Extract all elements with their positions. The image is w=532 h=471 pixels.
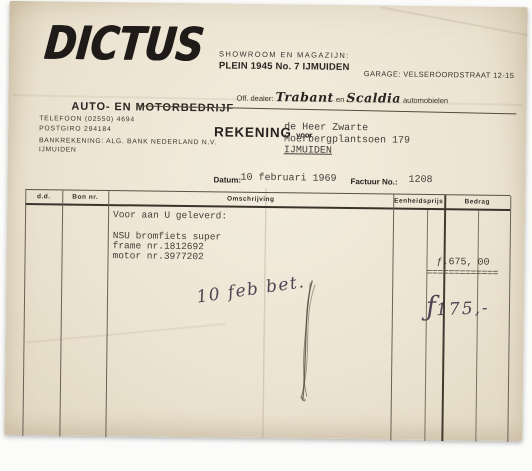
- rekening-label: REKENING: [214, 124, 292, 140]
- table-vline-cents: [475, 211, 479, 442]
- contact-block: TELEFOON (02550) 4694 POSTGIRO 294184: [39, 114, 135, 134]
- dictus-logo: DICTUS: [42, 17, 206, 72]
- column-header-eenheidsprijs: Eenheidsprijs: [393, 198, 444, 206]
- table-vline: [59, 191, 63, 437]
- bank-block: BANKREKENING: ALG. BANK NEDERLAND N.V. I…: [39, 136, 217, 156]
- dealer-brand-trabant: Trabant: [275, 89, 333, 105]
- pen-scribble: [273, 278, 335, 407]
- dealer-line: Off. dealer: Trabant en Scaldia automobi…: [236, 89, 448, 107]
- datum-value: 10 februari 1969: [240, 173, 336, 185]
- column-header-bon-nr: Bon nr.: [62, 194, 108, 202]
- dealer-conjunction: en: [336, 95, 344, 104]
- showroom-address: PLEIN 1945 No. 7 IJMUIDEN: [219, 60, 350, 73]
- total-rule: =============: [426, 268, 498, 280]
- amount-value: ƒ.675,: [410, 257, 472, 269]
- table-vline: [105, 191, 109, 437]
- recipient-name: de Heer Zwarte: [284, 122, 410, 135]
- column-header-dd: d.d.: [25, 193, 62, 200]
- factuur-value: 1208: [408, 175, 432, 186]
- showroom-label: SHOWROOM EN MAGAZIJN:: [219, 49, 350, 60]
- postgiro-line: POSTGIRO 294184: [39, 124, 135, 135]
- dealer-brand-scaldia: Scaldia: [346, 90, 401, 106]
- paper-crease-diagonal: [381, 6, 529, 35]
- recipient-block: de Heer Zwarte Moerbergplantsoen 179 IJM…: [284, 122, 410, 158]
- table-vline: [390, 195, 394, 441]
- recipient-city: IJMUIDEN: [284, 145, 410, 158]
- datum-label: Datum:: [213, 175, 241, 184]
- handwritten-amount-value: 175,-: [436, 298, 490, 320]
- amount-cents: 00: [477, 258, 489, 269]
- table-vline: [22, 190, 26, 436]
- table-vline: [507, 196, 511, 442]
- dealer-suffix: automobielen: [403, 96, 448, 106]
- florin-sign: ƒ: [425, 291, 436, 322]
- telefoon-line: TELEFOON (02550) 4694: [39, 114, 135, 125]
- column-header-omschrijving: Omschrijving: [108, 194, 393, 204]
- dealer-prefix: Off. dealer:: [236, 94, 273, 103]
- handwritten-amount: ƒ175,-: [425, 289, 490, 323]
- factuur-label: Factuur No.:: [350, 177, 397, 187]
- invoice-paper: DICTUS AUTO- EN MOTORBEDRIJF SHOWROOM EN…: [4, 1, 527, 441]
- body-line-motor-nr: motor nr.3977202: [112, 251, 203, 262]
- table-vline-cents: [424, 210, 428, 441]
- garage-address: GARAGE: VELSEROORDSTRAAT 12-15: [364, 69, 515, 80]
- column-header-bedrag: Bedrag: [444, 198, 510, 206]
- body-line-delivered: Voor aan U geleverd:: [113, 210, 227, 221]
